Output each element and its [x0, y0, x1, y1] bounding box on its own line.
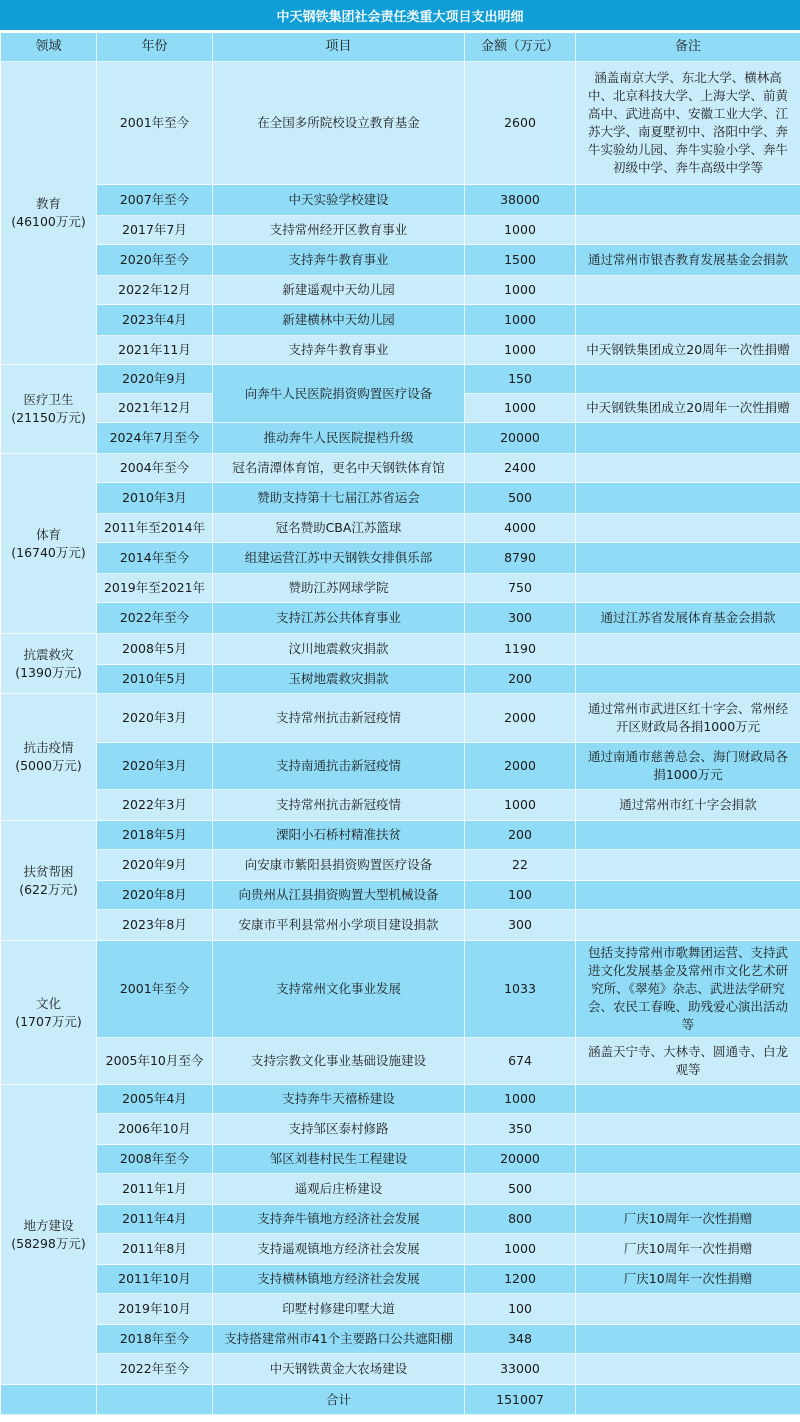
project-cell: 支持常州抗击新冠疫情 [213, 790, 465, 821]
project-cell: 新建遥观中天幼儿园 [213, 276, 465, 305]
year-cell: 2011年至2014年 [97, 514, 213, 543]
note-cell [576, 1354, 800, 1385]
note-cell: 通过常州市武进区红十字会、常州经开区财政局各捐1000万元 [576, 694, 800, 743]
project-cell: 支持奔牛教育事业 [213, 336, 465, 365]
header-note: 备注 [576, 33, 800, 62]
note-cell: 涵盖南京大学、东北大学、横林高中、北京科技大学、上海大学、前黄高中、武进高中、安… [576, 62, 800, 185]
domain-name: 抗击疫情 [5, 739, 92, 757]
table-row: 2020年至今支持奔牛教育事业1500通过常州市银杏教育发展基金会捐款 [1, 245, 800, 276]
year-cell: 2006年10月 [97, 1114, 213, 1145]
note-cell [576, 216, 800, 245]
table-row: 2020年8月向贵州从江县捐资购置大型机械设备100 [1, 881, 800, 910]
project-cell: 赞助江苏网球学院 [213, 574, 465, 603]
table-row: 2023年8月安康市平利县常州小学项目建设捐款300 [1, 910, 800, 941]
domain-name: 文化 [5, 995, 92, 1013]
amount-cell: 800 [465, 1205, 576, 1234]
domain-cell: 体育(16740万元) [1, 454, 97, 634]
table-row: 2024年7月至今推动奔牛人民医院提档升级20000 [1, 423, 800, 454]
note-cell [576, 665, 800, 694]
note-cell [576, 850, 800, 881]
table-row: 2022年12月新建遥观中天幼儿园1000 [1, 276, 800, 305]
domain-cell: 扶贫帮困(622万元) [1, 821, 97, 941]
domain-name: 地方建设 [5, 1217, 92, 1235]
total-row: 合计151007 [1, 1385, 800, 1415]
amount-cell: 750 [465, 574, 576, 603]
amount-cell: 2000 [465, 743, 576, 790]
amount-cell: 500 [465, 483, 576, 514]
amount-cell: 33000 [465, 1354, 576, 1385]
table-row: 教育(46100万元)2001年至今在全国多所院校设立教育基金2600涵盖南京大… [1, 62, 800, 185]
domain-name: 体育 [5, 526, 92, 544]
project-cell: 赞助支持第十七届江苏省运会 [213, 483, 465, 514]
amount-cell: 1000 [465, 336, 576, 365]
project-cell: 安康市平利县常州小学项目建设捐款 [213, 910, 465, 941]
year-cell: 2020年3月 [97, 694, 213, 743]
project-cell: 支持奔牛教育事业 [213, 245, 465, 276]
domain-cell: 文化(1707万元) [1, 941, 97, 1085]
amount-cell: 100 [465, 881, 576, 910]
table-row: 2011年1月遥观后庄桥建设500 [1, 1174, 800, 1205]
domain-subtotal: (58298万元) [5, 1235, 92, 1253]
project-cell: 支持搭建常州市41个主要路口公共遮阳棚 [213, 1325, 465, 1354]
note-cell [576, 1325, 800, 1354]
year-cell: 2023年8月 [97, 910, 213, 941]
table-row: 2011年10月支持横林镇地方经济社会发展1200厂庆10周年一次性捐赠 [1, 1265, 800, 1294]
header-project: 项目 [213, 33, 465, 62]
note-cell [576, 305, 800, 336]
table-title: 中天钢铁集团社会责任类重大项目支出明细 [0, 0, 800, 32]
year-cell: 2020年9月 [97, 850, 213, 881]
note-cell [576, 483, 800, 514]
note-cell: 中天钢铁集团成立20周年一次性捐赠 [576, 394, 800, 423]
expense-table: 领域 年份 项目 金额（万元） 备注 教育(46100万元)2001年至今在全国… [0, 32, 800, 1415]
year-cell: 2011年8月 [97, 1234, 213, 1265]
year-cell: 2004年至今 [97, 454, 213, 483]
project-cell: 新建横林中天幼儿园 [213, 305, 465, 336]
table-row: 2006年10月支持邹区泰村修路350 [1, 1114, 800, 1145]
note-cell [576, 1294, 800, 1325]
note-cell [576, 185, 800, 216]
note-cell [576, 1145, 800, 1174]
note-cell: 厂庆10周年一次性捐赠 [576, 1234, 800, 1265]
project-cell: 支持邹区泰村修路 [213, 1114, 465, 1145]
amount-cell: 1190 [465, 634, 576, 665]
header-year: 年份 [97, 33, 213, 62]
amount-cell: 1000 [465, 216, 576, 245]
amount-cell: 1000 [465, 1085, 576, 1114]
project-cell: 中天实验学校建设 [213, 185, 465, 216]
note-cell: 厂庆10周年一次性捐赠 [576, 1205, 800, 1234]
total-amount: 151007 [465, 1385, 576, 1415]
amount-cell: 8790 [465, 543, 576, 574]
domain-cell: 教育(46100万元) [1, 62, 97, 365]
project-cell: 遥观后庄桥建设 [213, 1174, 465, 1205]
project-cell: 冠名赞助CBA江苏篮球 [213, 514, 465, 543]
domain-cell: 地方建设(58298万元) [1, 1085, 97, 1385]
table-row: 2023年4月新建横林中天幼儿园1000 [1, 305, 800, 336]
project-cell: 向贵州从江县捐资购置大型机械设备 [213, 881, 465, 910]
year-cell: 2021年11月 [97, 336, 213, 365]
amount-cell: 38000 [465, 185, 576, 216]
amount-cell: 1000 [465, 305, 576, 336]
domain-subtotal: (5000万元) [5, 757, 92, 775]
year-cell: 2021年12月 [97, 394, 213, 423]
table-row: 文化(1707万元)2001年至今支持常州文化事业发展1033包括支持常州市歌舞… [1, 941, 800, 1038]
year-cell: 2020年9月 [97, 365, 213, 394]
project-cell: 支持常州文化事业发展 [213, 941, 465, 1038]
amount-cell: 1000 [465, 790, 576, 821]
year-cell: 2022年12月 [97, 276, 213, 305]
year-cell: 2020年至今 [97, 245, 213, 276]
year-cell: 2014年至今 [97, 543, 213, 574]
amount-cell: 100 [465, 1294, 576, 1325]
amount-cell: 1000 [465, 276, 576, 305]
year-cell: 2001年至今 [97, 941, 213, 1038]
year-cell: 2018年5月 [97, 821, 213, 850]
table-row: 2010年3月赞助支持第十七届江苏省运会500 [1, 483, 800, 514]
note-cell [576, 910, 800, 941]
year-cell: 2010年5月 [97, 665, 213, 694]
amount-cell: 1000 [465, 1234, 576, 1265]
table-row: 医疗卫生(21150万元)2020年9月向奔牛人民医院捐资购置医疗设备150 [1, 365, 800, 394]
total-label: 合计 [213, 1385, 465, 1415]
year-cell: 2024年7月至今 [97, 423, 213, 454]
domain-subtotal: (21150万元) [5, 409, 92, 427]
domain-subtotal: (622万元) [5, 881, 92, 899]
project-cell: 支持奔牛天禧桥建设 [213, 1085, 465, 1114]
header-amount: 金额（万元） [465, 33, 576, 62]
year-cell: 2005年4月 [97, 1085, 213, 1114]
domain-cell: 医疗卫生(21150万元) [1, 365, 97, 454]
note-cell [576, 634, 800, 665]
year-cell: 2023年4月 [97, 305, 213, 336]
header-row: 领域 年份 项目 金额（万元） 备注 [1, 33, 800, 62]
domain-name: 扶贫帮困 [5, 863, 92, 881]
project-cell: 玉树地震救灾捐款 [213, 665, 465, 694]
amount-cell: 674 [465, 1038, 576, 1085]
project-cell: 汶川地震救灾捐款 [213, 634, 465, 665]
project-cell: 支持宗教文化事业基础设施建设 [213, 1038, 465, 1085]
project-cell: 组建运营江苏中天钢铁女排俱乐部 [213, 543, 465, 574]
table-row: 抗震救灾(1390万元)2008年5月汶川地震救灾捐款1190 [1, 634, 800, 665]
note-cell: 通过南通市慈善总会、海门财政局各捐1000万元 [576, 743, 800, 790]
amount-cell: 1200 [465, 1265, 576, 1294]
domain-name: 抗震救灾 [5, 646, 92, 664]
amount-cell: 20000 [465, 423, 576, 454]
note-cell [576, 423, 800, 454]
table-row: 地方建设(58298万元)2005年4月支持奔牛天禧桥建设1000 [1, 1085, 800, 1114]
note-cell [576, 1114, 800, 1145]
total-empty-note [576, 1385, 800, 1415]
domain-subtotal: (46100万元) [5, 213, 92, 231]
table-row: 2019年10月印墅村修建印墅大道100 [1, 1294, 800, 1325]
note-cell: 包括支持常州市歌舞团运营、支持武进文化发展基金及常州市文化艺术研究所、《翠苑》杂… [576, 941, 800, 1038]
amount-cell: 1033 [465, 941, 576, 1038]
year-cell: 2017年7月 [97, 216, 213, 245]
year-cell: 2020年3月 [97, 743, 213, 790]
year-cell: 2007年至今 [97, 185, 213, 216]
amount-cell: 4000 [465, 514, 576, 543]
note-cell [576, 574, 800, 603]
note-cell: 通过常州市红十字会捐款 [576, 790, 800, 821]
project-cell: 向安康市紫阳县捐资购置医疗设备 [213, 850, 465, 881]
domain-cell: 抗震救灾(1390万元) [1, 634, 97, 694]
year-cell: 2010年3月 [97, 483, 213, 514]
year-cell: 2008年至今 [97, 1145, 213, 1174]
table-row: 2011年至2014年冠名赞助CBA江苏篮球4000 [1, 514, 800, 543]
year-cell: 2008年5月 [97, 634, 213, 665]
domain-subtotal: (16740万元) [5, 544, 92, 562]
note-cell [576, 881, 800, 910]
header-domain: 领域 [1, 33, 97, 62]
amount-cell: 350 [465, 1114, 576, 1145]
project-cell: 支持常州经开区教育事业 [213, 216, 465, 245]
project-cell: 支持遥观镇地方经济社会发展 [213, 1234, 465, 1265]
domain-cell: 抗击疫情(5000万元) [1, 694, 97, 821]
year-cell: 2005年10月至今 [97, 1038, 213, 1085]
table-row: 2020年9月向安康市紫阳县捐资购置医疗设备22 [1, 850, 800, 881]
total-empty-domain [1, 1385, 97, 1415]
project-cell: 支持奔牛镇地方经济社会发展 [213, 1205, 465, 1234]
table-row: 2005年10月至今支持宗教文化事业基础设施建设674涵盖天宁寺、大林寺、圆通寺… [1, 1038, 800, 1085]
note-cell: 通过江苏省发展体育基金会捐款 [576, 603, 800, 634]
total-empty-year [97, 1385, 213, 1415]
project-cell: 支持南通抗击新冠疫情 [213, 743, 465, 790]
note-cell [576, 1174, 800, 1205]
note-cell [576, 1085, 800, 1114]
amount-cell: 2600 [465, 62, 576, 185]
amount-cell: 348 [465, 1325, 576, 1354]
year-cell: 2019年至2021年 [97, 574, 213, 603]
table-row: 2018年至今支持搭建常州市41个主要路口公共遮阳棚348 [1, 1325, 800, 1354]
amount-cell: 20000 [465, 1145, 576, 1174]
year-cell: 2022年至今 [97, 1354, 213, 1385]
project-cell: 支持横林镇地方经济社会发展 [213, 1265, 465, 1294]
table-row: 2007年至今中天实验学校建设38000 [1, 185, 800, 216]
domain-subtotal: (1390万元) [5, 664, 92, 682]
year-cell: 2001年至今 [97, 62, 213, 185]
amount-cell: 300 [465, 603, 576, 634]
year-cell: 2011年1月 [97, 1174, 213, 1205]
table-row: 抗击疫情(5000万元)2020年3月支持常州抗击新冠疫情2000通过常州市武进… [1, 694, 800, 743]
note-cell [576, 514, 800, 543]
table-row: 2014年至今组建运营江苏中天钢铁女排俱乐部8790 [1, 543, 800, 574]
table-row: 2011年8月支持遥观镇地方经济社会发展1000厂庆10周年一次性捐赠 [1, 1234, 800, 1265]
note-cell [576, 543, 800, 574]
project-cell: 支持江苏公共体育事业 [213, 603, 465, 634]
amount-cell: 2000 [465, 694, 576, 743]
note-cell: 中天钢铁集团成立20周年一次性捐赠 [576, 336, 800, 365]
table-row: 2017年7月支持常州经开区教育事业1000 [1, 216, 800, 245]
note-cell [576, 365, 800, 394]
project-cell: 印墅村修建印墅大道 [213, 1294, 465, 1325]
table-row: 体育(16740万元)2004年至今冠名清潭体育馆，更名中天钢铁体育馆2400 [1, 454, 800, 483]
amount-cell: 200 [465, 821, 576, 850]
note-cell: 通过常州市银杏教育发展基金会捐款 [576, 245, 800, 276]
domain-name: 教育 [5, 195, 92, 213]
table-row: 2020年3月支持南通抗击新冠疫情2000通过南通市慈善总会、海门财政局各捐10… [1, 743, 800, 790]
project-cell: 溧阳小石桥村精准扶贫 [213, 821, 465, 850]
project-cell: 冠名清潭体育馆，更名中天钢铁体育馆 [213, 454, 465, 483]
year-cell: 2011年10月 [97, 1265, 213, 1294]
domain-name: 医疗卫生 [5, 391, 92, 409]
year-cell: 2020年8月 [97, 881, 213, 910]
amount-cell: 2400 [465, 454, 576, 483]
amount-cell: 150 [465, 365, 576, 394]
project-cell: 支持常州抗击新冠疫情 [213, 694, 465, 743]
year-cell: 2019年10月 [97, 1294, 213, 1325]
year-cell: 2022年3月 [97, 790, 213, 821]
project-cell: 在全国多所院校设立教育基金 [213, 62, 465, 185]
year-cell: 2011年4月 [97, 1205, 213, 1234]
amount-cell: 200 [465, 665, 576, 694]
year-cell: 2018年至今 [97, 1325, 213, 1354]
table-row: 2010年5月玉树地震救灾捐款200 [1, 665, 800, 694]
year-cell: 2022年至今 [97, 603, 213, 634]
note-cell [576, 276, 800, 305]
domain-subtotal: (1707万元) [5, 1013, 92, 1031]
note-cell: 厂庆10周年一次性捐赠 [576, 1265, 800, 1294]
note-cell: 涵盖天宁寺、大林寺、圆通寺、白龙观等 [576, 1038, 800, 1085]
amount-cell: 1500 [465, 245, 576, 276]
project-cell: 推动奔牛人民医院提档升级 [213, 423, 465, 454]
table-row: 2008年至今邹区刘巷村民生工程建设20000 [1, 1145, 800, 1174]
amount-cell: 500 [465, 1174, 576, 1205]
table-row: 2022年3月支持常州抗击新冠疫情1000通过常州市红十字会捐款 [1, 790, 800, 821]
table-row: 2021年11月支持奔牛教育事业1000中天钢铁集团成立20周年一次性捐赠 [1, 336, 800, 365]
project-cell: 向奔牛人民医院捐资购置医疗设备 [213, 365, 465, 423]
table-row: 扶贫帮困(622万元)2018年5月溧阳小石桥村精准扶贫200 [1, 821, 800, 850]
table-row: 2019年至2021年赞助江苏网球学院750 [1, 574, 800, 603]
project-cell: 中天钢铁黄金大农场建设 [213, 1354, 465, 1385]
amount-cell: 300 [465, 910, 576, 941]
project-cell: 邹区刘巷村民生工程建设 [213, 1145, 465, 1174]
amount-cell: 1000 [465, 394, 576, 423]
table-row: 2022年至今支持江苏公共体育事业300通过江苏省发展体育基金会捐款 [1, 603, 800, 634]
table-row: 2022年至今中天钢铁黄金大农场建设33000 [1, 1354, 800, 1385]
note-cell [576, 821, 800, 850]
amount-cell: 22 [465, 850, 576, 881]
note-cell [576, 454, 800, 483]
table-row: 2011年4月支持奔牛镇地方经济社会发展800厂庆10周年一次性捐赠 [1, 1205, 800, 1234]
